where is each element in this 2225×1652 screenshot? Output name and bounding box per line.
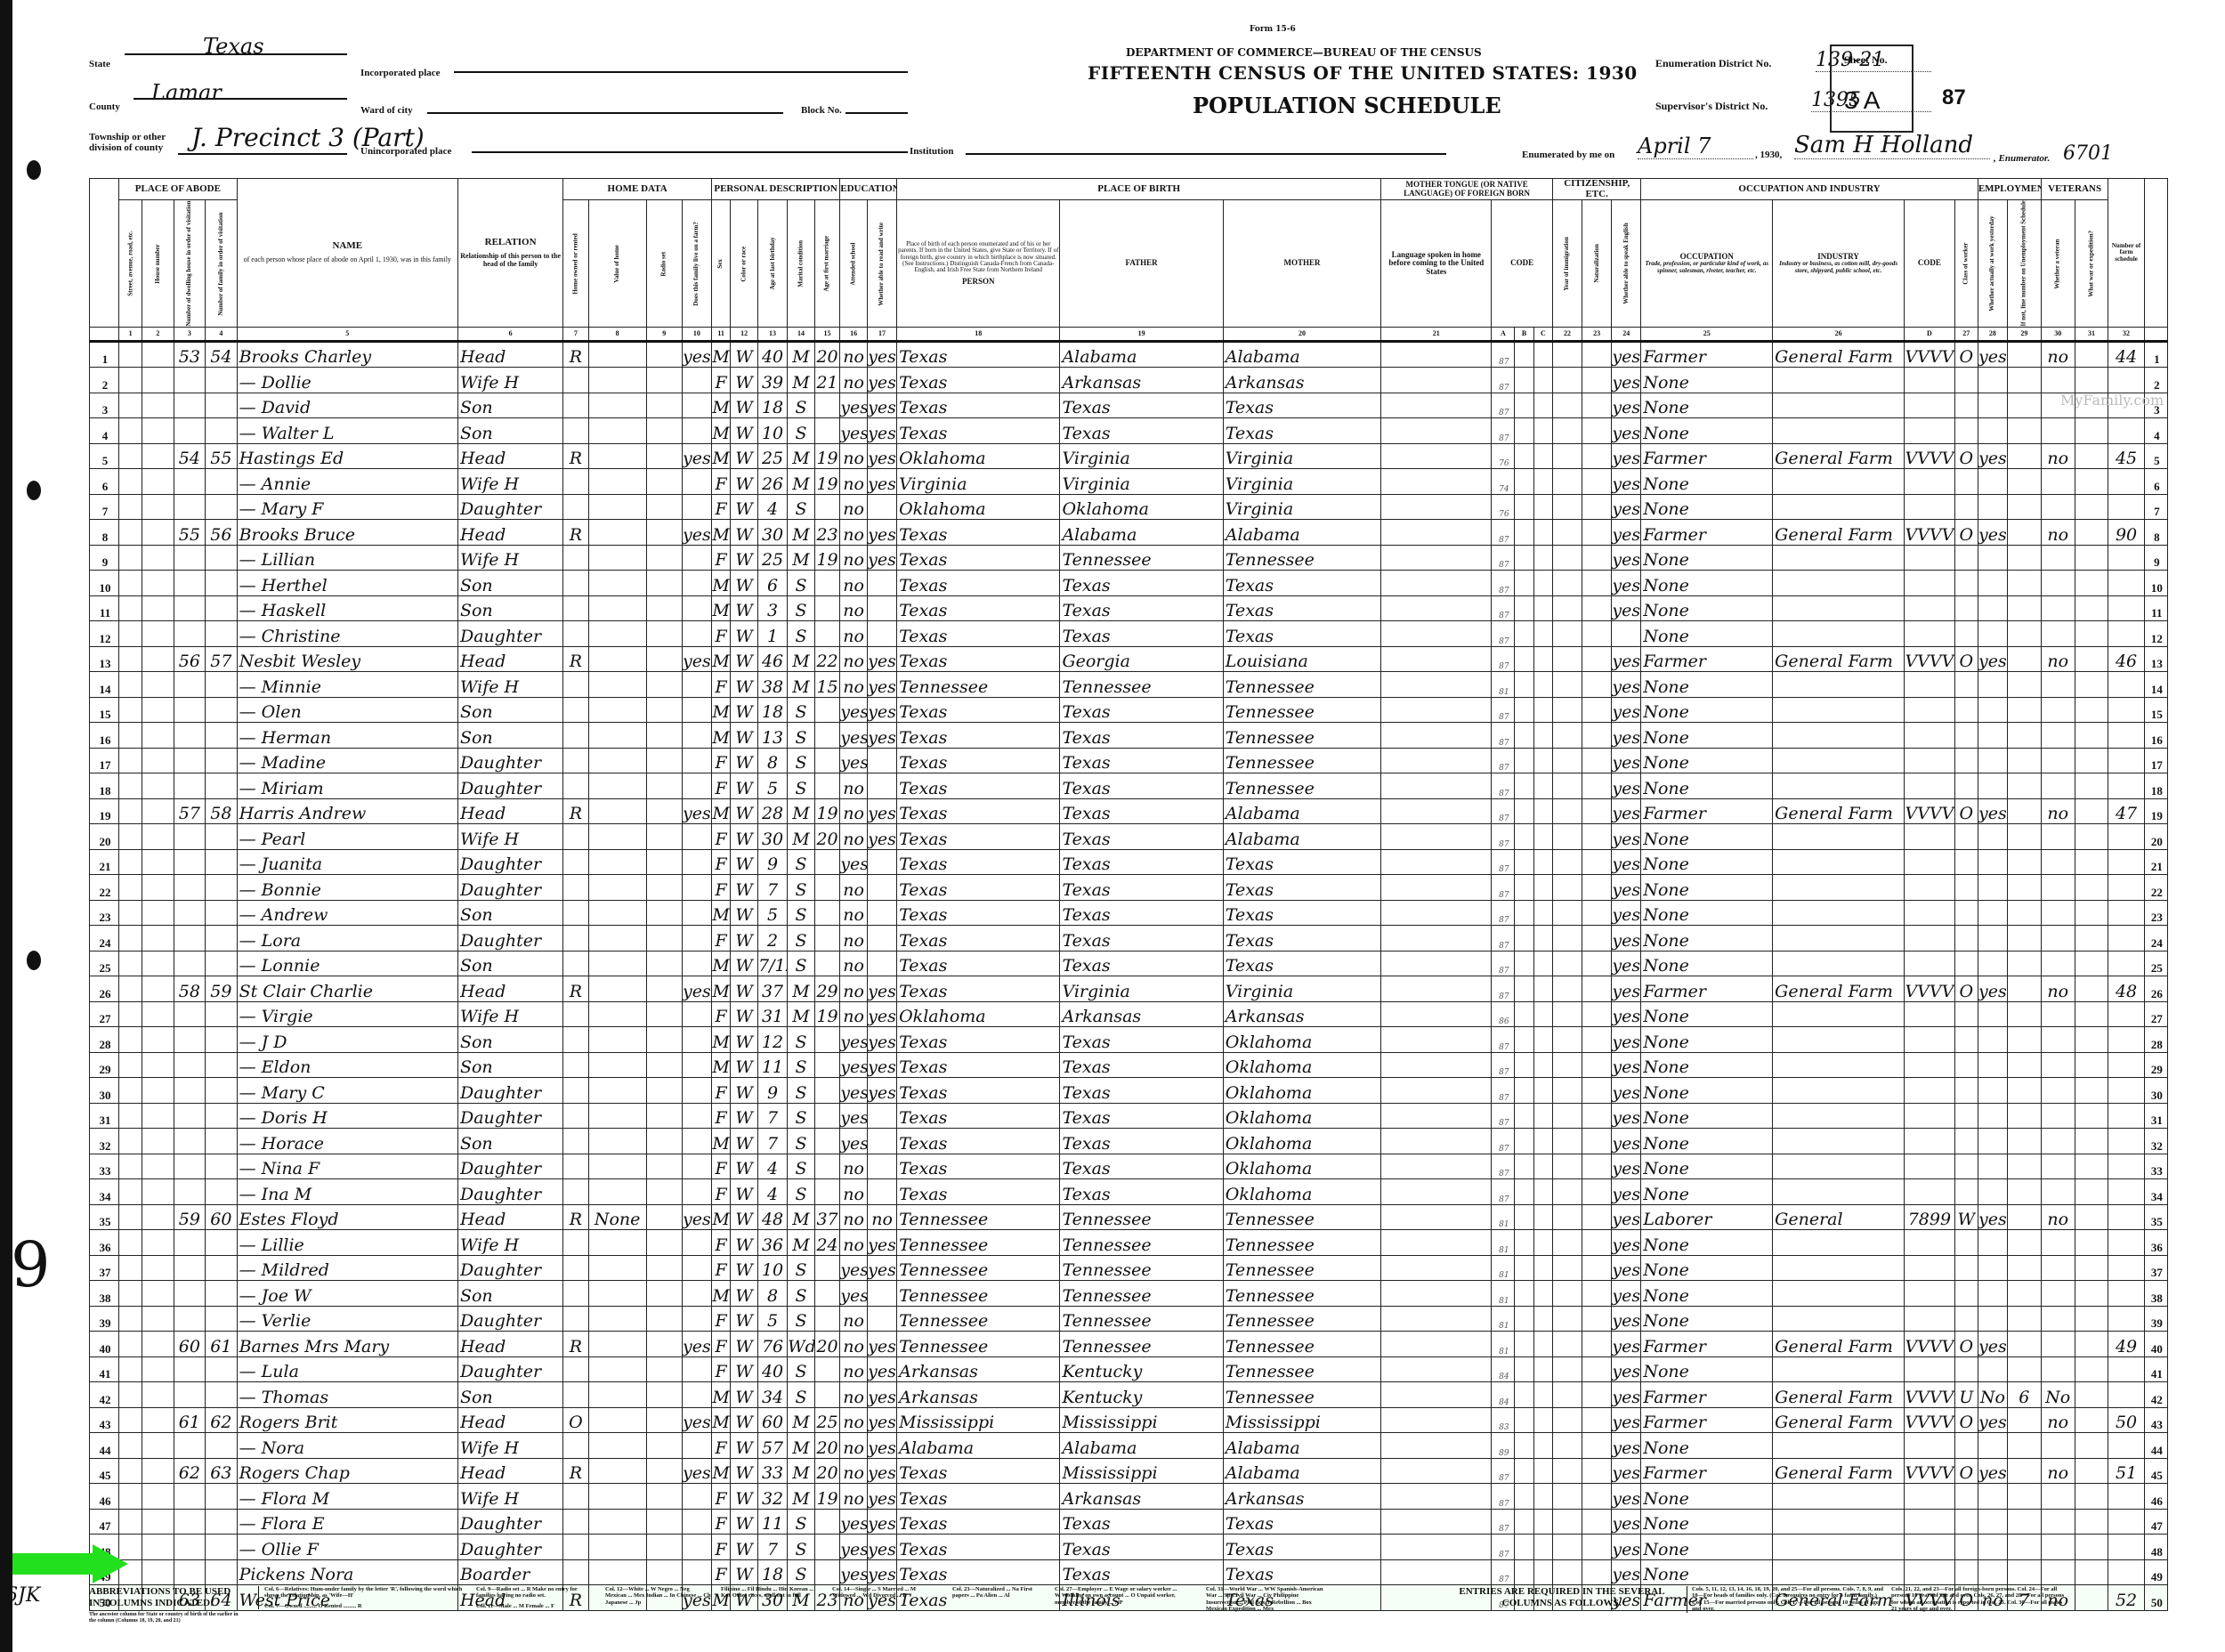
- nativity-code: [1533, 1458, 1552, 1484]
- relation: Wife H: [457, 1230, 562, 1256]
- speaks-english: yes: [1612, 1407, 1641, 1433]
- enumeration-year: , 1930,: [1755, 150, 1782, 160]
- race: W: [731, 621, 758, 647]
- entries-required-title: ENTRIES ARE REQUIRED IN THE SEVERAL COLU…: [1442, 1586, 1682, 1608]
- farm-residence: [682, 1433, 711, 1459]
- state-code: 83: [1492, 1407, 1515, 1433]
- relation: Son: [457, 595, 562, 621]
- birthplace-father: Alabama: [1060, 341, 1223, 368]
- birthplace-person: Texas: [897, 595, 1060, 621]
- sex: M: [711, 1407, 730, 1433]
- birthplace-mother: Texas: [1223, 571, 1380, 596]
- birthplace-mother: Alabama: [1223, 341, 1380, 368]
- occupation: None: [1641, 1179, 1773, 1205]
- industry: [1773, 951, 1905, 976]
- line-number: 4: [90, 418, 119, 444]
- country-code: [1515, 773, 1533, 799]
- age-first-marriage: 19: [814, 798, 839, 824]
- unemployment-line: [2007, 951, 2041, 976]
- at-work: [1978, 418, 2007, 444]
- age: 9: [758, 849, 788, 875]
- col-num: 14: [788, 327, 815, 341]
- farm-residence: [682, 393, 711, 418]
- line-number: 46: [90, 1484, 119, 1510]
- radio: [646, 341, 682, 368]
- line-number: 36: [90, 1230, 119, 1256]
- read-write: [867, 1103, 896, 1129]
- nativity-code: [1533, 1255, 1552, 1281]
- birthplace-person: Mississippi: [897, 1407, 1060, 1433]
- birthplace-person: Tennessee: [897, 672, 1060, 698]
- marital-status: S: [788, 926, 815, 952]
- race: W: [731, 545, 758, 571]
- veteran: no: [2041, 646, 2075, 672]
- street: [119, 341, 142, 368]
- occupation-code: VVVV: [1905, 443, 1955, 469]
- industry: [1773, 621, 1905, 647]
- industry: [1773, 1255, 1905, 1281]
- abbrev-col14: Col. 14—Single ... S Married ... M Widow…: [832, 1586, 939, 1599]
- age: 18: [758, 1559, 788, 1585]
- industry: [1773, 1484, 1905, 1510]
- class-of-worker: [1954, 1001, 1978, 1027]
- unemployment-line: [2007, 976, 2041, 1002]
- birthplace-person: Texas: [897, 418, 1060, 444]
- race: W: [731, 494, 758, 520]
- home-tenure: [563, 1154, 588, 1179]
- sex: F: [711, 621, 730, 647]
- state-code: 87: [1492, 520, 1515, 546]
- at-work: [1978, 1027, 2007, 1053]
- line-number-right: 40: [2144, 1332, 2167, 1357]
- home-tenure: [563, 1103, 588, 1129]
- family-number: [206, 824, 238, 850]
- table-row: 49Pickens NoraBoarderFW18SyesyesTexasTex…: [90, 1559, 2168, 1585]
- industry: [1773, 595, 1905, 621]
- country-code: [1515, 1458, 1533, 1484]
- veteran: [2041, 773, 2075, 799]
- birthplace-father: Texas: [1060, 824, 1223, 850]
- family-number: [206, 545, 238, 571]
- family-number: [206, 1052, 238, 1078]
- state-code: 87: [1492, 824, 1515, 850]
- birthplace-mother: Arkansas: [1223, 1484, 1380, 1510]
- veteran: no: [2041, 798, 2075, 824]
- state-code: 81: [1492, 1204, 1515, 1230]
- radio: [646, 976, 682, 1002]
- war: [2075, 1585, 2108, 1611]
- line-number: 14: [90, 672, 119, 698]
- birthplace-person: Texas: [897, 571, 1060, 596]
- industry: General Farm: [1773, 1458, 1905, 1484]
- age-first-marriage: [814, 1535, 839, 1560]
- sex: F: [711, 469, 730, 495]
- at-work: [1978, 773, 2007, 799]
- radio: [646, 1382, 682, 1408]
- table-row: 15354Brooks CharleyHeadRyesMW40M20noyesT…: [90, 341, 2168, 368]
- line-number: 42: [90, 1382, 119, 1408]
- col-num: D: [1905, 327, 1955, 341]
- speaks-english: yes: [1612, 1332, 1641, 1357]
- school: yes: [840, 1535, 868, 1560]
- unemployment-line: [2007, 368, 2041, 393]
- immigration-year: [1552, 1001, 1582, 1027]
- dwelling-number: [174, 926, 205, 952]
- unemployment-line: [2007, 1001, 2041, 1027]
- age-first-marriage: [814, 697, 839, 723]
- home-value: [588, 1027, 646, 1053]
- war: [2075, 926, 2108, 952]
- speaks-english: yes: [1612, 443, 1641, 469]
- age: 11: [758, 1052, 788, 1078]
- war: [2075, 418, 2108, 444]
- home-value: [588, 1356, 646, 1382]
- entries-required-b: Cols. 21, 22, and 23—For all foreign-bor…: [1891, 1586, 2069, 1613]
- state-code: 87: [1492, 1559, 1515, 1585]
- race: W: [731, 748, 758, 773]
- radio: [646, 646, 682, 672]
- street: [119, 1382, 142, 1408]
- relation: Wife H: [457, 824, 562, 850]
- line-number: 45: [90, 1458, 119, 1484]
- birthplace-father: Mississippi: [1060, 1458, 1223, 1484]
- birthplace-father: Texas: [1060, 1535, 1223, 1560]
- speaks-english: yes: [1612, 1204, 1641, 1230]
- street: [119, 697, 142, 723]
- occupation: None: [1641, 1433, 1773, 1459]
- age-first-marriage: 20: [814, 341, 839, 368]
- birthplace-mother: Virginia: [1223, 469, 1380, 495]
- school: yes: [840, 748, 868, 773]
- family-number: [206, 951, 238, 976]
- street: [119, 1078, 142, 1104]
- col-num: 23: [1582, 327, 1612, 341]
- marital-status: S: [788, 418, 815, 444]
- birthplace-mother: Tennessee: [1223, 1332, 1380, 1357]
- relation: Daughter: [457, 1509, 562, 1535]
- table-row: 33— Nina FDaughterFW4SnoTexasTexasOklaho…: [90, 1154, 2168, 1179]
- nativity-code: [1533, 672, 1552, 698]
- veteran: [2041, 1509, 2075, 1535]
- unemployment-line: [2007, 393, 2041, 418]
- incorporated-label: Incorporated place: [360, 68, 441, 78]
- school: no: [840, 494, 868, 520]
- marital-status: S: [788, 1535, 815, 1560]
- country-code: [1515, 824, 1533, 850]
- dwelling-number: [174, 1509, 205, 1535]
- street: [119, 723, 142, 749]
- birthplace-father: Texas: [1060, 393, 1223, 418]
- state-code: 84: [1492, 1356, 1515, 1382]
- house-number: [142, 1332, 174, 1357]
- col-num: B: [1515, 327, 1533, 341]
- nativity-code: [1533, 1078, 1552, 1104]
- mother-tongue: [1381, 1103, 1492, 1129]
- home-value: [588, 571, 646, 596]
- read-write: yes: [867, 341, 896, 368]
- home-tenure: [563, 1255, 588, 1281]
- at-work: [1978, 1356, 2007, 1382]
- birthplace-mother: Texas: [1223, 951, 1380, 976]
- form-number: Form 15-6: [1250, 25, 1296, 34]
- age-first-marriage: [814, 875, 839, 901]
- line-number-right: 29: [2144, 1052, 2167, 1078]
- war: [2075, 976, 2108, 1002]
- person-name: Brooks Charley: [237, 341, 457, 368]
- sex: F: [711, 1154, 730, 1179]
- birthplace-mother: Oklahoma: [1223, 1052, 1380, 1078]
- home-tenure: [563, 824, 588, 850]
- occupation-code: VVVV: [1905, 798, 1955, 824]
- line-number: 35: [90, 1204, 119, 1230]
- race: W: [731, 1179, 758, 1205]
- relation: Wife H: [457, 1484, 562, 1510]
- person-name: — Nora: [237, 1433, 457, 1459]
- naturalization: [1582, 1407, 1612, 1433]
- at-work: [1978, 621, 2007, 647]
- school-header: Attended school: [840, 200, 868, 328]
- veteran: [2041, 1535, 2075, 1560]
- occupation-code: [1905, 1001, 1955, 1027]
- country-code: [1515, 469, 1533, 495]
- house-number: [142, 798, 174, 824]
- at-work: yes: [1978, 798, 2007, 824]
- farm-schedule: [2108, 900, 2144, 926]
- school: no: [840, 520, 868, 546]
- veteran: [2041, 1230, 2075, 1256]
- home-value: [588, 1230, 646, 1256]
- occupation-code: [1905, 545, 1955, 571]
- person-name: Rogers Brit: [237, 1407, 457, 1433]
- farm-residence: yes: [682, 798, 711, 824]
- immigration-year: [1552, 1255, 1582, 1281]
- family-number: 56: [206, 520, 238, 546]
- war: [2075, 1332, 2108, 1357]
- farm-residence: [682, 1306, 711, 1332]
- industry: [1773, 571, 1905, 596]
- read-write: yes: [867, 520, 896, 546]
- occupation: None: [1641, 1129, 1773, 1154]
- table-row: 21— JuanitaDaughterFW9SyesTexasTexasTexa…: [90, 849, 2168, 875]
- dwelling-number: 60: [174, 1332, 205, 1357]
- dwelling-number: [174, 1535, 205, 1560]
- home-value: [588, 875, 646, 901]
- line-number-right: 41: [2144, 1356, 2167, 1382]
- dwelling-number: [174, 1382, 205, 1408]
- relation: Daughter: [457, 621, 562, 647]
- read-write: yes: [867, 545, 896, 571]
- farm-schedule: 90: [2108, 520, 2144, 546]
- at-work: [1978, 1255, 2007, 1281]
- birthplace-person: Texas: [897, 951, 1060, 976]
- person-name: — Doris H: [237, 1103, 457, 1129]
- mother-tongue: [1381, 875, 1492, 901]
- farm-residence: [682, 545, 711, 571]
- race: W: [731, 393, 758, 418]
- line-number: 44: [90, 1433, 119, 1459]
- line-number-right: 32: [2144, 1129, 2167, 1154]
- home-tenure: [563, 951, 588, 976]
- radio: [646, 443, 682, 469]
- dwelling-number: [174, 1078, 205, 1104]
- line-number: 30: [90, 1078, 119, 1104]
- line-number-right: 15: [2144, 697, 2167, 723]
- nativity-code: [1533, 1306, 1552, 1332]
- radio: [646, 1535, 682, 1560]
- mother-tongue: [1381, 571, 1492, 596]
- age: 6: [758, 571, 788, 596]
- industry: [1773, 849, 1905, 875]
- radio: [646, 900, 682, 926]
- class-of-worker: [1954, 1027, 1978, 1053]
- farm-schedule: 44: [2108, 341, 2144, 368]
- house-number: [142, 1179, 174, 1205]
- township-label: Township or other division of county: [89, 132, 178, 153]
- marital-status: S: [788, 1281, 815, 1307]
- state-code: 87: [1492, 951, 1515, 976]
- age: 31: [758, 1001, 788, 1027]
- employment-header: EMPLOYMENT: [1978, 179, 2041, 200]
- industry: [1773, 1281, 1905, 1307]
- relation: Son: [457, 571, 562, 596]
- industry: [1773, 469, 1905, 495]
- col-num: 15: [814, 327, 839, 341]
- dwelling-number: [174, 368, 205, 393]
- census-title: FIFTEENTH CENSUS OF THE UNITED STATES: 1…: [1088, 62, 1638, 84]
- line-number-right: 7: [2144, 494, 2167, 520]
- read-write: yes: [867, 798, 896, 824]
- home-value: [588, 926, 646, 952]
- birthplace-mother: Alabama: [1223, 520, 1380, 546]
- class-of-worker: O: [1954, 798, 1978, 824]
- farm-residence: [682, 849, 711, 875]
- marital-status: S: [788, 849, 815, 875]
- birthplace-father: Tennessee: [1060, 1255, 1223, 1281]
- radio: [646, 1204, 682, 1230]
- age: 7: [758, 1129, 788, 1154]
- birthplace-father: Tennessee: [1060, 1281, 1223, 1307]
- birthplace-father: Tennessee: [1060, 1204, 1223, 1230]
- name-description: of each person whose place of abode on A…: [238, 256, 457, 263]
- at-work: [1978, 1433, 2007, 1459]
- radio: [646, 1306, 682, 1332]
- race: W: [731, 571, 758, 596]
- occupation-code: [1905, 1509, 1955, 1535]
- home-value: [588, 951, 646, 976]
- home-tenure: [563, 900, 588, 926]
- unemployment-line: [2007, 443, 2041, 469]
- speaks-english: yes: [1612, 1052, 1641, 1078]
- birthplace-person: Tennessee: [897, 1204, 1060, 1230]
- relation-group-label: RELATION: [458, 238, 562, 248]
- at-work: [1978, 1179, 2007, 1205]
- birthplace-person: Texas: [897, 368, 1060, 393]
- person-name: — Lonnie: [237, 951, 457, 976]
- home-tenure: [563, 545, 588, 571]
- home-value: [588, 595, 646, 621]
- class-of-worker: [1954, 1129, 1978, 1154]
- col-num: 22: [1552, 327, 1582, 341]
- school: no: [840, 1407, 868, 1433]
- age: 25: [758, 545, 788, 571]
- industry: General Farm: [1773, 1382, 1905, 1408]
- page-stamp: 87: [1942, 85, 1966, 110]
- class-of-worker: [1954, 1154, 1978, 1179]
- veteran: [2041, 595, 2075, 621]
- marital-status: S: [788, 1078, 815, 1104]
- war: [2075, 1281, 2108, 1307]
- speaks-english: yes: [1612, 976, 1641, 1002]
- speaks-english: yes: [1612, 1306, 1641, 1332]
- table-row: 42— ThomasSonMW34SnoyesArkansasKentuckyT…: [90, 1382, 2168, 1408]
- marital-status: M: [788, 520, 815, 546]
- dwelling-number: [174, 393, 205, 418]
- line-number: 13: [90, 646, 119, 672]
- home-value: [588, 773, 646, 799]
- family-number: [206, 1027, 238, 1053]
- occupation: Farmer: [1641, 1407, 1773, 1433]
- farm-schedule: [2108, 875, 2144, 901]
- family-number: [206, 1230, 238, 1256]
- class-of-worker: [1954, 1255, 1978, 1281]
- unemployment-line: [2007, 1052, 2041, 1078]
- birthplace-father: Arkansas: [1060, 1001, 1223, 1027]
- immigration-year: [1552, 1129, 1582, 1154]
- farm-schedule: [2108, 1129, 2144, 1154]
- speaks-english: yes: [1612, 494, 1641, 520]
- line-number: 7: [90, 494, 119, 520]
- war: [2075, 849, 2108, 875]
- farm-residence: [682, 469, 711, 495]
- immigration-year: [1552, 798, 1582, 824]
- dwelling-number: [174, 621, 205, 647]
- street: [119, 849, 142, 875]
- house-number: [142, 341, 174, 368]
- person-name: — Madine: [237, 748, 457, 773]
- birthplace-father: Texas: [1060, 951, 1223, 976]
- read-write: [867, 595, 896, 621]
- dwelling-number: 53: [174, 341, 205, 368]
- radio: [646, 1129, 682, 1154]
- marital-status: S: [788, 875, 815, 901]
- school: no: [840, 1204, 868, 1230]
- home-value: [588, 520, 646, 546]
- mother-tongue: [1381, 393, 1492, 418]
- birthplace-father: Texas: [1060, 1179, 1223, 1205]
- immigration-year: [1552, 1407, 1582, 1433]
- speaks-english: yes: [1612, 1281, 1641, 1307]
- home-value: [588, 976, 646, 1002]
- war: [2075, 1255, 2108, 1281]
- family-number: 59: [206, 976, 238, 1002]
- at-work: yes: [1978, 520, 2007, 546]
- race: W: [731, 443, 758, 469]
- state-code: 87: [1492, 723, 1515, 749]
- at-work: yes: [1978, 1407, 2007, 1433]
- person-name: — Haskell: [237, 595, 457, 621]
- occupation: None: [1641, 1356, 1773, 1382]
- home-value: [588, 1332, 646, 1357]
- war: [2075, 1382, 2108, 1408]
- person-label: PERSON: [897, 278, 1059, 286]
- farm-schedule: [2108, 1382, 2144, 1408]
- veteran: no: [2041, 1458, 2075, 1484]
- veteran: [2041, 697, 2075, 723]
- read-write: yes: [867, 1535, 896, 1560]
- mother-tongue: [1381, 595, 1492, 621]
- immigration-year: [1552, 1332, 1582, 1357]
- home-value: [588, 368, 646, 393]
